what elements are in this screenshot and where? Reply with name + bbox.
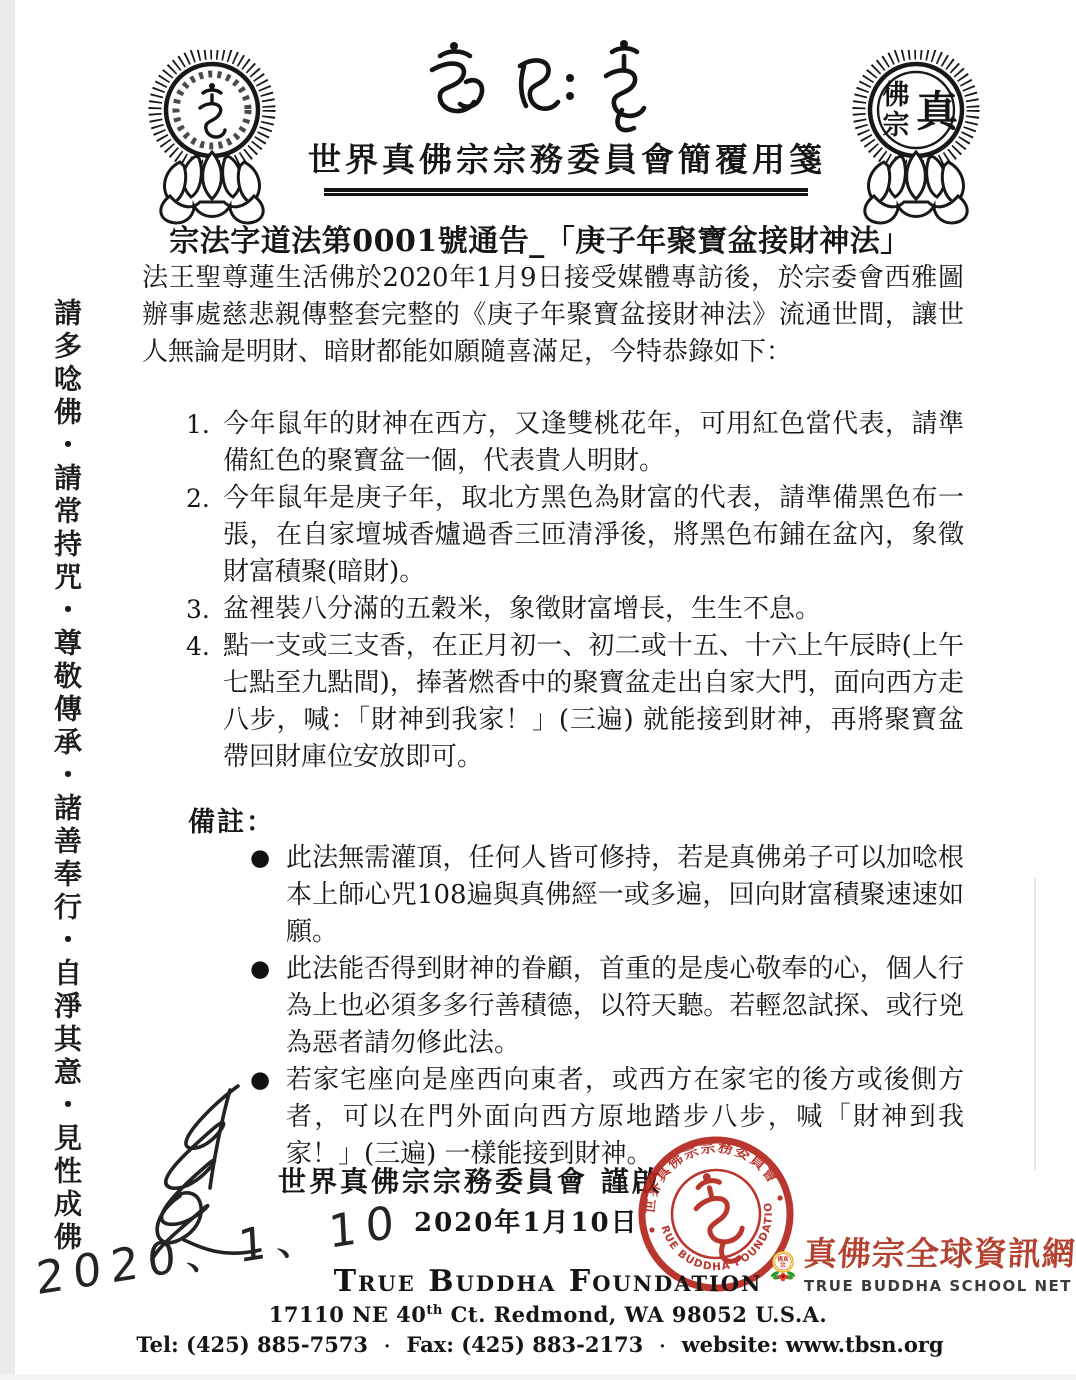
tbsn-logo-block: 佛真 宗 真佛宗全球資訊網 TRUE BUDDHA S	[766, 1222, 1076, 1312]
tbsn-flower	[778, 1273, 789, 1281]
list-item-text: 盆裡裝八分滿的五穀米，象徵財富增長，生生不息。	[223, 591, 964, 628]
notice-intro-paragraph: 法王聖尊蓮生活佛於2020年1月9日接受媒體專訪後，於宗委會西雅圖辦事處慈悲親傳…	[142, 260, 964, 371]
note-text: 若家宅座向是座西向東者，或西方在家宅的後方或後側方者，可以在門外面向西方原地踏步…	[286, 1062, 964, 1173]
separator-dot: ·	[368, 1336, 406, 1357]
list-item-number: 1.	[186, 406, 223, 443]
tbsn-emblem-icon: 佛真 宗	[766, 1222, 800, 1312]
list-item-text: 今年鼠年的財神在西方，又逢雙桃花年，可用紅色當代表，請準備紅色的聚寶盆一個，代表…	[223, 406, 964, 480]
footer-tel: Tel: (425) 885-7573	[136, 1332, 368, 1357]
right-lotus-emblem-icon: 真 佛 宗	[840, 50, 992, 236]
tbsn-chinese-title: 真佛宗全球資訊網	[803, 1228, 1076, 1275]
footer-contact-line: Tel: (425) 885-7573·Fax: (425) 883-2173·…	[120, 1332, 960, 1357]
vertical-mantra-text: 請多唸佛・請常持咒・尊敬傳承・諸善奉行・自淨其意・見性成佛	[46, 298, 86, 1258]
note-item: ● 此法能否得到財神的眷顧，首重的是虔心敬奉的心，個人行為上也必須多多行善積德，…	[250, 951, 964, 1062]
bullet-icon: ●	[250, 840, 286, 877]
note-text: 此法能否得到財神的眷顧，首重的是虔心敬奉的心，個人行為上也必須多多行善積德，以符…	[286, 951, 964, 1062]
signoff-date: 2020年1月10日	[414, 1202, 639, 1239]
scan-fold-line	[1034, 878, 1036, 1170]
list-item: 3. 盆裡裝八分滿的五穀米，象徵財富增長，生生不息。	[186, 591, 964, 628]
instruction-list: 1. 今年鼠年的財神在西方，又逢雙桃花年，可用紅色當代表，請準備紅色的聚寶盆一個…	[186, 406, 964, 776]
emblem-char-fo: 佛	[883, 80, 910, 111]
notes-heading: 備註：	[188, 800, 275, 839]
footer-address-ordinal: th	[426, 1303, 442, 1318]
footer-fax: Fax: (425) 883-2173	[406, 1332, 643, 1357]
note-text: 此法無需灌頂，任何人皆可修持，若是真佛弟子可以加唸根本上師心咒108遍與真佛經一…	[286, 840, 964, 951]
list-item: 1. 今年鼠年的財神在西方，又逢雙桃花年，可用紅色當代表，請準備紅色的聚寶盆一個…	[186, 406, 964, 480]
separator-dot: ·	[643, 1336, 681, 1357]
footer-address-prefix: 17110 NE 40	[269, 1302, 427, 1327]
letterhead-divider	[324, 188, 808, 196]
list-item-number: 2.	[186, 480, 223, 517]
footer-website: website: www.tbsn.org	[682, 1332, 944, 1357]
notice-title: 宗法字道法第0001號通告_「庚子年聚寶盆接財神法」	[120, 216, 960, 260]
list-item-text: 點一支或三支香，在正月初一、初二或十五、十六上午辰時(上午七點至九點間)，捧著燃…	[223, 628, 964, 776]
footer-org-name: True Buddha Foundation	[248, 1264, 848, 1299]
emblem-char-zhen: 真	[916, 87, 960, 136]
letterhead-title: 世界真佛宗宗務委員會簡覆用箋	[308, 134, 820, 181]
note-item: ● 此法無需灌頂，任何人皆可修持，若是真佛弟子可以加唸根本上師心咒108遍與真佛…	[250, 840, 964, 951]
footer-address: 17110 NE 40th Ct. Redmond, WA 98052 U.S.…	[248, 1302, 848, 1327]
scan-edge-bottom	[0, 1374, 1076, 1380]
list-item-number: 3.	[186, 591, 223, 628]
scan-edge-left	[0, 0, 15, 1380]
note-item: ● 若家宅座向是座西向東者，或西方在家宅的後方或後側方者，可以在門外面向西方原地…	[250, 1062, 964, 1173]
list-item: 2. 今年鼠年是庚子年，取北方黑色為財富的代表，請準備黑色布一張，在自家壇城香爐…	[186, 480, 964, 591]
list-item-text: 今年鼠年是庚子年，取北方黑色為財富的代表，請準備黑色布一張，在自家壇城香爐過香三…	[223, 480, 964, 591]
left-lotus-emblem-icon	[136, 50, 288, 236]
list-item: 4. 點一支或三支香，在正月初一、初二或十五、十六上午辰時(上午七點至九點間)，…	[186, 628, 964, 776]
emblem-char-zong: 宗	[883, 110, 910, 141]
notes-list: ● 此法無需灌頂，任何人皆可修持，若是真佛弟子可以加唸根本上師心咒108遍與真佛…	[250, 840, 964, 1173]
scanned-letter: 請多唸佛・請常持咒・尊敬傳承・諸善奉行・自淨其意・見性成佛	[0, 0, 1076, 1380]
tbsn-english-title: TRUE BUDDHA SCHOOL NET	[804, 1277, 1076, 1295]
bullet-icon: ●	[250, 951, 286, 988]
list-item-number: 4.	[186, 628, 223, 665]
om-ah-hum-seed-syllables-icon	[408, 36, 668, 144]
